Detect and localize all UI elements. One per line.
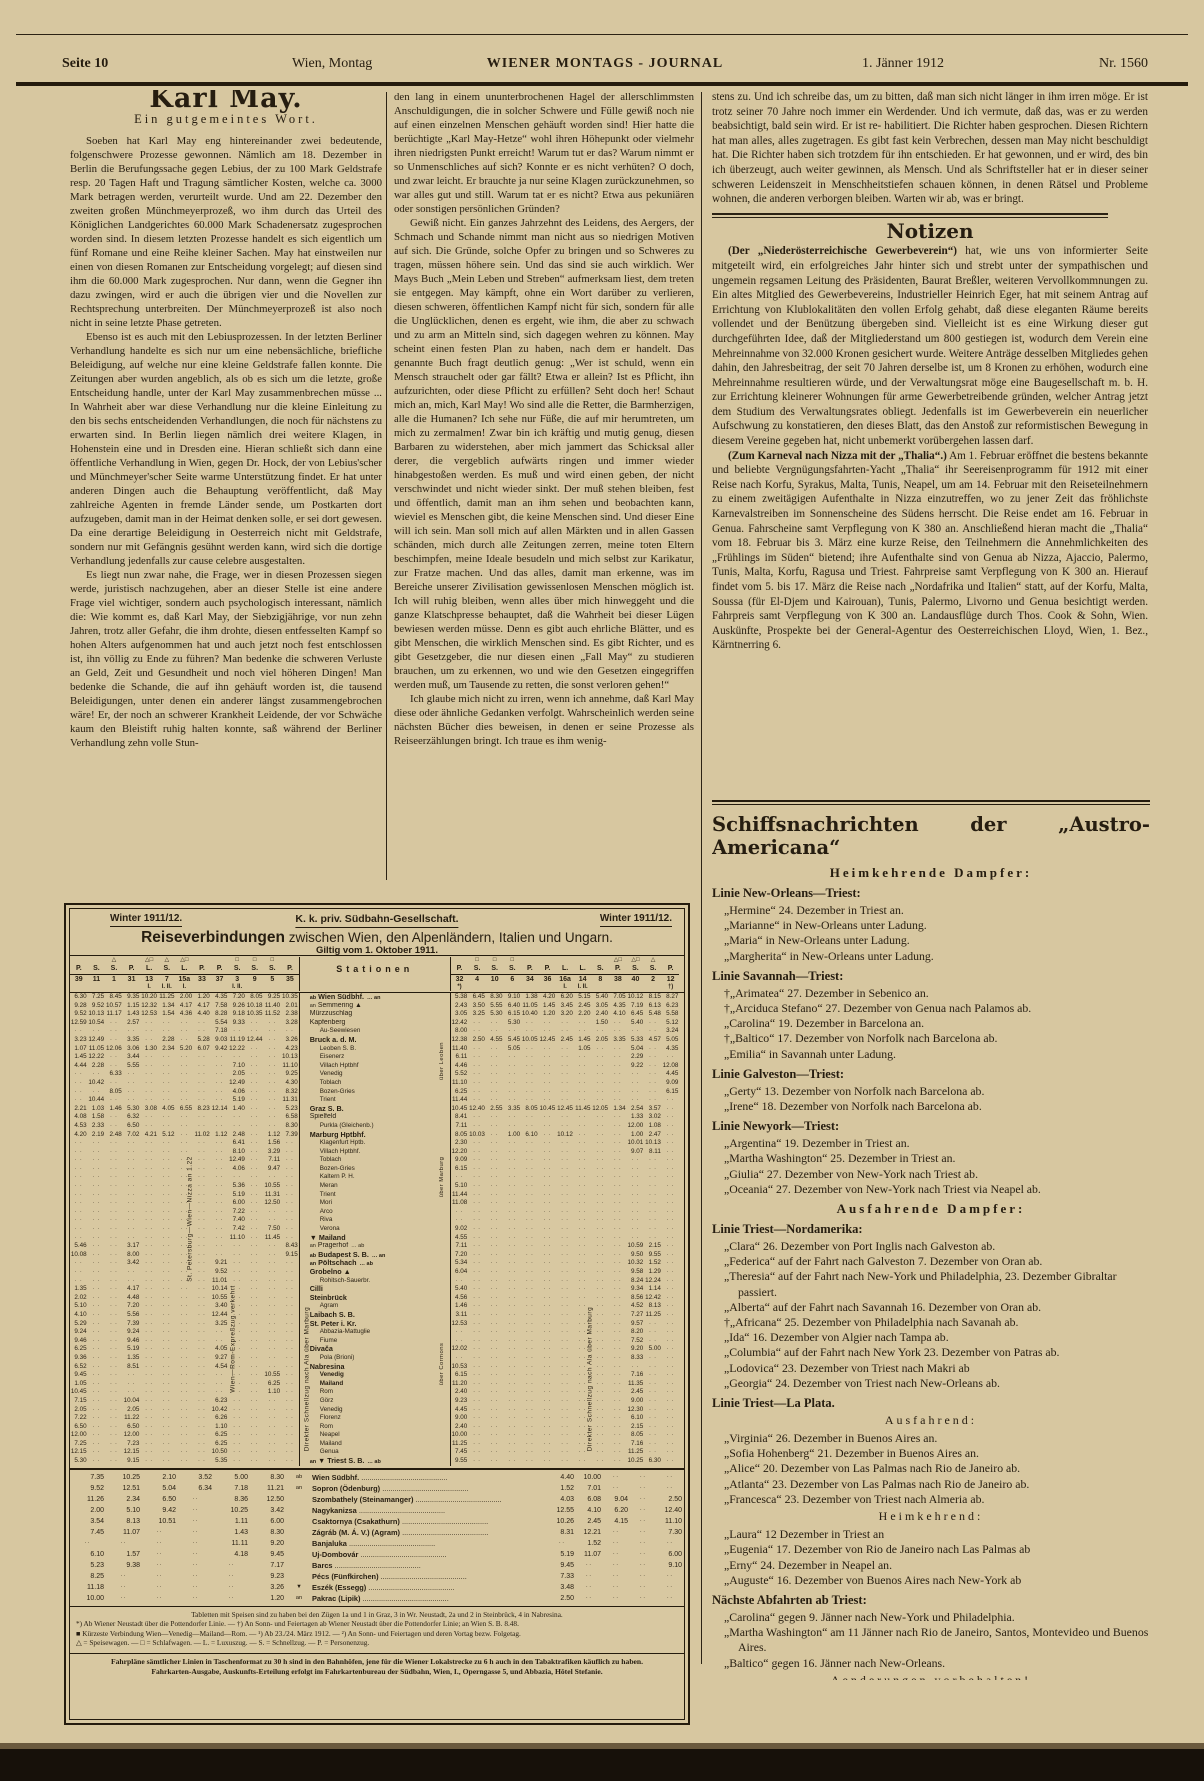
time-cell: · · bbox=[556, 1302, 574, 1311]
time-cell: 7.11 bbox=[451, 1122, 469, 1131]
time-cell: · · bbox=[105, 1259, 123, 1268]
time-cell: · · bbox=[264, 1070, 282, 1079]
time-cell: · · bbox=[246, 1251, 264, 1260]
time-cell: · · bbox=[539, 1363, 557, 1372]
time-cell: · · bbox=[468, 1019, 486, 1028]
time-cell: · · bbox=[228, 1242, 246, 1251]
time-cell: · · bbox=[556, 1380, 574, 1389]
time-cell: · · bbox=[504, 1225, 522, 1234]
time-cell: 12.22 bbox=[88, 1053, 106, 1062]
time-cell: 7.45 bbox=[451, 1448, 469, 1457]
time-cell: · · bbox=[574, 1053, 592, 1062]
time-cell: · · bbox=[468, 1294, 486, 1303]
time-cell: · · bbox=[486, 1440, 504, 1449]
time-cell: · · bbox=[609, 1328, 627, 1337]
time-cell: · · bbox=[521, 1165, 539, 1174]
time-cell: · · bbox=[176, 1345, 194, 1354]
time-cell: · · bbox=[591, 1182, 609, 1191]
time-cell: · · bbox=[591, 1131, 609, 1140]
time-cell: 7.18 bbox=[211, 1027, 229, 1036]
time-cell: · · bbox=[178, 1571, 214, 1582]
time-cell: · · bbox=[504, 1363, 522, 1372]
time-cell: 1.20 bbox=[193, 993, 211, 1002]
time-cell: 3.20 bbox=[556, 1010, 574, 1019]
time-cell: · · bbox=[281, 1457, 299, 1466]
time-cell: · · bbox=[105, 1096, 123, 1105]
time-cell: · · bbox=[140, 1259, 158, 1268]
time-cell: 5.30 bbox=[486, 1010, 504, 1019]
time-cell: · · bbox=[176, 1036, 194, 1045]
time-cell: 2.30 bbox=[451, 1139, 469, 1148]
time-cell: · · bbox=[574, 1139, 592, 1148]
time-cell: · · bbox=[609, 1234, 627, 1243]
time-cell: 7.40 bbox=[228, 1216, 246, 1225]
time-cell: · · bbox=[158, 1242, 176, 1251]
time-cell: · · bbox=[609, 1165, 627, 1174]
station-name: Mailand bbox=[299, 1440, 451, 1449]
time-cell: · · bbox=[158, 1027, 176, 1036]
time-cell: · · bbox=[105, 1062, 123, 1071]
time-cell: · · bbox=[176, 1414, 194, 1423]
train-col-head bbox=[539, 984, 557, 991]
time-cell: · · bbox=[662, 1191, 680, 1200]
time-cell: · · bbox=[521, 1113, 539, 1122]
time-cell: 8.23 bbox=[193, 1105, 211, 1114]
time-cell: · · bbox=[609, 1191, 627, 1200]
time-cell: 3.35 bbox=[609, 1036, 627, 1045]
time-cell: · · bbox=[521, 1225, 539, 1234]
time-cell: · · bbox=[591, 1148, 609, 1157]
station-name: Mailand bbox=[299, 1380, 451, 1389]
time-cell: · · bbox=[158, 1457, 176, 1466]
rotated-route-label: über Cormons bbox=[439, 1343, 445, 1386]
time-cell: · · bbox=[211, 1199, 229, 1208]
time-cell: 6.25 bbox=[264, 1380, 282, 1389]
time-cell: 7.27 bbox=[627, 1311, 645, 1320]
time-cell: · · bbox=[158, 1148, 176, 1157]
time-cell: 12.50 bbox=[250, 1494, 286, 1505]
time-cell: · · bbox=[504, 1302, 522, 1311]
time-cell: · · bbox=[486, 1088, 504, 1097]
time-cell: · · bbox=[591, 1354, 609, 1363]
time-cell: · · bbox=[158, 1440, 176, 1449]
time-cell: · · bbox=[264, 1113, 282, 1122]
issue-number: Nr. 1560 bbox=[1099, 56, 1148, 72]
time-cell: 1.57 bbox=[106, 1549, 142, 1560]
time-cell: · · bbox=[662, 1388, 680, 1397]
time-cell: · · bbox=[142, 1560, 178, 1571]
time-cell: · · bbox=[486, 1431, 504, 1440]
time-cell: · · bbox=[644, 1225, 662, 1234]
time-cell: · · bbox=[504, 1277, 522, 1286]
time-cell: · · bbox=[193, 1277, 211, 1286]
train-col-head bbox=[123, 957, 141, 964]
time-cell: · · bbox=[591, 1406, 609, 1415]
time-cell: · · bbox=[158, 1079, 176, 1088]
time-cell: · · bbox=[246, 1182, 264, 1191]
station-name: Spielfeld bbox=[299, 1113, 451, 1122]
time-cell: 10.55 bbox=[211, 1294, 229, 1303]
time-cell: · · bbox=[246, 1156, 264, 1165]
time-cell: · · bbox=[123, 1165, 141, 1174]
time-cell: · · bbox=[140, 1285, 158, 1294]
time-cell: · · bbox=[521, 1139, 539, 1148]
station-name: Arco bbox=[299, 1208, 451, 1217]
time-cell: 11.52 bbox=[264, 1010, 282, 1019]
time-cell: 4.10 bbox=[609, 1010, 627, 1019]
station-name: Rohitsch-Sauerbr. bbox=[299, 1277, 451, 1286]
time-cell: · · bbox=[176, 1320, 194, 1329]
time-cell: · · bbox=[281, 1208, 299, 1217]
train-col-head bbox=[504, 984, 522, 991]
time-cell: · · bbox=[504, 1414, 522, 1423]
time-cell: · · bbox=[468, 1440, 486, 1449]
time-cell: 7.33 bbox=[549, 1571, 576, 1582]
time-cell: · · bbox=[539, 1423, 557, 1432]
time-cell: · · bbox=[662, 1225, 680, 1234]
time-cell: · · bbox=[264, 1105, 282, 1114]
time-cell: · · bbox=[88, 1397, 106, 1406]
time-cell: · · bbox=[468, 1354, 486, 1363]
ship-item: „Francesca“ 23. Dezember von Triest nach… bbox=[712, 1492, 1150, 1507]
time-cell: 6.55 bbox=[176, 1105, 194, 1114]
time-cell: · · bbox=[576, 1582, 603, 1593]
timetable-row: · ·10.44· ·· ·· ·· ·· ·· ·· ·5.19· ·· ·1… bbox=[70, 1096, 684, 1105]
time-cell: · · bbox=[504, 1337, 522, 1346]
train-col-head: □ bbox=[228, 957, 246, 964]
time-cell: · · bbox=[504, 1122, 522, 1131]
time-cell: 2.45 bbox=[627, 1388, 645, 1397]
time-cell: 5.05 bbox=[504, 1045, 522, 1054]
time-cell: · · bbox=[228, 1406, 246, 1415]
time-cell: 6.07 bbox=[193, 1045, 211, 1054]
time-cell: · · bbox=[193, 1225, 211, 1234]
time-cell: · · bbox=[662, 1122, 680, 1131]
time-cell: · · bbox=[486, 1156, 504, 1165]
station-name: Fiume bbox=[299, 1337, 451, 1346]
time-cell: · · bbox=[70, 1165, 88, 1174]
time-cell: · · bbox=[176, 1294, 194, 1303]
timetable-valid-from: Giltig vom 1. Oktober 1911. bbox=[70, 945, 684, 956]
time-cell: 7.42 bbox=[228, 1225, 246, 1234]
time-cell: · · bbox=[451, 1277, 469, 1286]
time-cell: · · bbox=[630, 1582, 657, 1593]
train-col-head: △ bbox=[105, 957, 123, 964]
time-cell: 6.13 bbox=[644, 1002, 662, 1011]
time-cell: · · bbox=[176, 1139, 194, 1148]
time-cell: · · bbox=[486, 1423, 504, 1432]
time-cell: · · bbox=[193, 1345, 211, 1354]
time-cell: · · bbox=[556, 1251, 574, 1260]
time-cell: · · bbox=[468, 1311, 486, 1320]
time-cell: · · bbox=[603, 1549, 630, 1560]
time-cell: · · bbox=[193, 1019, 211, 1028]
time-cell: · · bbox=[264, 1328, 282, 1337]
time-cell: · · bbox=[123, 1225, 141, 1234]
time-cell: · · bbox=[591, 1242, 609, 1251]
station-name: abWien Südbhf.… an bbox=[299, 993, 451, 1002]
time-cell: · · bbox=[574, 1070, 592, 1079]
time-cell: · · bbox=[549, 1538, 576, 1549]
time-cell: · · bbox=[178, 1505, 214, 1516]
time-cell: 11.19 bbox=[228, 1036, 246, 1045]
time-cell: 9.52 bbox=[70, 1483, 106, 1494]
time-cell: 5.00 bbox=[644, 1345, 662, 1354]
time-cell: · · bbox=[662, 1423, 680, 1432]
time-cell: 2.21 bbox=[70, 1105, 88, 1114]
time-cell: · · bbox=[281, 1199, 299, 1208]
train-col-head: 16a bbox=[556, 974, 574, 984]
time-cell: · · bbox=[539, 1268, 557, 1277]
time-cell: 8.31 bbox=[549, 1527, 576, 1538]
time-cell: 2.54 bbox=[627, 1105, 645, 1114]
time-cell: · · bbox=[193, 1380, 211, 1389]
time-cell: 4.54 bbox=[211, 1363, 229, 1372]
time-cell: · · bbox=[140, 1234, 158, 1243]
shipping-line-heading: Linie Galveston—Triest: bbox=[712, 1067, 1150, 1082]
time-cell: · · bbox=[158, 1173, 176, 1182]
time-cell: · · bbox=[193, 1294, 211, 1303]
time-cell: · · bbox=[468, 1156, 486, 1165]
time-cell: 6.15 bbox=[504, 1010, 522, 1019]
time-cell: · · bbox=[627, 1088, 645, 1097]
time-cell: · · bbox=[468, 1045, 486, 1054]
time-cell: 8.13 bbox=[106, 1516, 142, 1527]
time-cell: · · bbox=[468, 1027, 486, 1036]
time-cell: 12.42 bbox=[644, 1294, 662, 1303]
time-cell: · · bbox=[504, 1070, 522, 1079]
time-cell: · · bbox=[105, 1320, 123, 1329]
time-cell: 3.28 bbox=[281, 1019, 299, 1028]
time-cell: 9.02 bbox=[451, 1225, 469, 1234]
time-cell: · · bbox=[158, 1320, 176, 1329]
time-cell: · · bbox=[246, 1414, 264, 1423]
article-paragraph: den lang in einem ununterbrochenen Hagel… bbox=[394, 90, 694, 216]
station-name: Kaltern P. H. bbox=[299, 1173, 451, 1182]
time-cell: 8.30 bbox=[250, 1472, 286, 1483]
time-cell: 8.05 bbox=[451, 1131, 469, 1140]
time-cell: 10.12 bbox=[556, 1131, 574, 1140]
railway-company: K. k. priv. Südbahn-Gesellschaft. bbox=[295, 913, 458, 928]
time-cell: 1.52 bbox=[644, 1259, 662, 1268]
time-cell: · · bbox=[486, 1182, 504, 1191]
ab-an-mark bbox=[523, 1538, 549, 1549]
time-cell: 3.25 bbox=[468, 1010, 486, 1019]
time-cell: 5.19 bbox=[549, 1549, 576, 1560]
time-cell: · · bbox=[609, 1302, 627, 1311]
station-name: Venedig bbox=[299, 1371, 451, 1380]
time-cell: 9.42 bbox=[211, 1045, 229, 1054]
ab-an-mark: … ab bbox=[360, 1261, 373, 1267]
time-cell: · · bbox=[281, 1440, 299, 1449]
time-cell: · · bbox=[158, 1371, 176, 1380]
time-cell: · · bbox=[486, 1354, 504, 1363]
time-cell: · · bbox=[662, 1440, 680, 1449]
time-cell: 5.56 bbox=[123, 1311, 141, 1320]
time-cell: 11.40 bbox=[264, 1002, 282, 1011]
time-cell: · · bbox=[140, 1414, 158, 1423]
shipping-subheading: Aenderungen vorbehalten! bbox=[712, 1673, 1150, 1680]
time-cell: · · bbox=[105, 1431, 123, 1440]
time-cell: 6.32 bbox=[123, 1113, 141, 1122]
time-cell: · · bbox=[556, 1208, 574, 1217]
time-cell: 1.34 bbox=[158, 1002, 176, 1011]
time-cell: · · bbox=[609, 1156, 627, 1165]
time-cell: 1.33 bbox=[627, 1113, 645, 1122]
time-cell: · · bbox=[539, 1019, 557, 1028]
time-cell: · · bbox=[591, 1311, 609, 1320]
time-cell: 1.58 bbox=[88, 1113, 106, 1122]
time-cell: · · bbox=[158, 1156, 176, 1165]
time-cell: · · bbox=[591, 1457, 609, 1466]
time-cell: · · bbox=[574, 1277, 592, 1286]
timetable-row: 12.5910.54· ·2.57· ·· ·· ·· ·5.549.33· ·… bbox=[70, 1019, 684, 1028]
time-cell: · · bbox=[603, 1582, 630, 1593]
time-cell: 12.05 bbox=[591, 1105, 609, 1114]
time-cell: · · bbox=[556, 1079, 574, 1088]
time-cell: · · bbox=[123, 1199, 141, 1208]
time-cell: 8.20 bbox=[627, 1328, 645, 1337]
time-cell: 9.04 bbox=[603, 1494, 630, 1505]
time-cell: · · bbox=[556, 1277, 574, 1286]
time-cell: 1.56 bbox=[264, 1139, 282, 1148]
time-cell: · · bbox=[105, 1285, 123, 1294]
time-cell: 9.09 bbox=[662, 1079, 680, 1088]
time-cell: 12.06 bbox=[105, 1045, 123, 1054]
time-cell: · · bbox=[662, 1371, 680, 1380]
time-cell: 2.05 bbox=[70, 1406, 88, 1415]
station-name: Agram bbox=[299, 1302, 451, 1311]
time-cell: · · bbox=[591, 1173, 609, 1182]
time-cell: · · bbox=[88, 1173, 106, 1182]
time-cell: 8.00 bbox=[451, 1027, 469, 1036]
time-cell: · · bbox=[627, 1156, 645, 1165]
article-column-2: den lang in einem ununterbrochenen Hagel… bbox=[394, 90, 694, 882]
time-cell: 4.56 bbox=[451, 1294, 469, 1303]
time-cell: 8.32 bbox=[281, 1088, 299, 1097]
station-name: Rom bbox=[299, 1423, 451, 1432]
time-cell: · · bbox=[178, 1527, 214, 1538]
time-cell: 2.48 bbox=[228, 1131, 246, 1140]
time-cell: · · bbox=[539, 1191, 557, 1200]
time-cell: · · bbox=[591, 1251, 609, 1260]
time-cell: 7.30 bbox=[657, 1527, 684, 1538]
time-cell: 6.50 bbox=[142, 1494, 178, 1505]
time-cell: · · bbox=[609, 1268, 627, 1277]
time-cell: · · bbox=[627, 1096, 645, 1105]
time-cell: · · bbox=[630, 1516, 657, 1527]
article-body-3: stens zu. Und ich schreibe das, um zu bi… bbox=[712, 90, 1148, 207]
time-cell: · · bbox=[281, 1414, 299, 1423]
time-cell: 6.15 bbox=[451, 1165, 469, 1174]
time-cell: · · bbox=[158, 1182, 176, 1191]
time-cell: 7.17 bbox=[250, 1560, 286, 1571]
time-cell: · · bbox=[264, 1019, 282, 1028]
time-cell: · · bbox=[468, 1113, 486, 1122]
ship-item: „Argentina“ 19. Dezember in Triest an. bbox=[712, 1136, 1150, 1151]
time-cell: 8.43 bbox=[281, 1242, 299, 1251]
time-cell: · · bbox=[140, 1302, 158, 1311]
station-name: Riva bbox=[299, 1216, 451, 1225]
ship-item: „Irene“ 18. Dezember von Norfolk nach Ba… bbox=[712, 1099, 1150, 1114]
time-cell: · · bbox=[281, 1431, 299, 1440]
time-cell: · · bbox=[264, 1448, 282, 1457]
timetable-row: · ·· ·· ·· ·· ·· ·· ·· ·9.52· ·· ·· ·· ·… bbox=[70, 1268, 684, 1277]
time-cell: · · bbox=[657, 1483, 684, 1494]
time-cell: · · bbox=[504, 1096, 522, 1105]
ab-an-mark: ab bbox=[310, 1253, 316, 1259]
time-cell: · · bbox=[539, 1457, 557, 1466]
time-cell: · · bbox=[539, 1216, 557, 1225]
time-cell: 5.45 bbox=[504, 1036, 522, 1045]
train-col-head: 33 bbox=[193, 974, 211, 984]
time-cell: · · bbox=[105, 1139, 123, 1148]
time-cell: · · bbox=[662, 1234, 680, 1243]
time-cell: · · bbox=[609, 1457, 627, 1466]
train-col-head bbox=[644, 984, 662, 991]
time-cell: · · bbox=[504, 1397, 522, 1406]
time-cell: 5.30 bbox=[504, 1019, 522, 1028]
time-cell: · · bbox=[556, 1096, 574, 1105]
ship-item: „Alberta“ auf der Fahrt nach Savannah 16… bbox=[712, 1300, 1150, 1315]
shipping-subheading: Ausfahrende Dampfer: bbox=[712, 1201, 1150, 1217]
station-name: Rom bbox=[299, 1388, 451, 1397]
time-cell: · · bbox=[451, 1354, 469, 1363]
station-name: Trient bbox=[299, 1191, 451, 1200]
time-cell: · · bbox=[176, 1122, 194, 1131]
time-cell: · · bbox=[140, 1070, 158, 1079]
time-cell: · · bbox=[70, 1173, 88, 1182]
time-cell: · · bbox=[228, 1448, 246, 1457]
timetable-row: 9.289.5210.571.1512.321.344.174.177.589.… bbox=[70, 1002, 684, 1011]
time-cell: · · bbox=[486, 1113, 504, 1122]
time-cell: 8.33 bbox=[627, 1354, 645, 1363]
time-cell: · · bbox=[644, 1380, 662, 1389]
ship-item: „Gerty“ 13. Dezember von Norfolk nach Ba… bbox=[712, 1084, 1150, 1099]
time-cell: · · bbox=[264, 1122, 282, 1131]
time-cell: · · bbox=[281, 1191, 299, 1200]
time-cell: 9.50 bbox=[627, 1251, 645, 1260]
time-cell: · · bbox=[281, 1380, 299, 1389]
time-cell: 2.00 bbox=[70, 1505, 106, 1516]
time-cell: · · bbox=[88, 1311, 106, 1320]
timetable-note: △ = Speisewagen. — □ = Schlafwagen. — L.… bbox=[76, 1638, 678, 1648]
time-cell: · · bbox=[539, 1045, 557, 1054]
time-cell: 1.10 bbox=[211, 1423, 229, 1432]
time-cell: 10.26 bbox=[549, 1516, 576, 1527]
time-cell: · · bbox=[603, 1571, 630, 1582]
time-cell: · · bbox=[539, 1156, 557, 1165]
time-cell: 3.40 bbox=[211, 1302, 229, 1311]
time-cell: · · bbox=[539, 1199, 557, 1208]
time-cell: · · bbox=[609, 1173, 627, 1182]
ab-an-mark bbox=[523, 1593, 549, 1604]
time-cell: 8.27 bbox=[662, 993, 680, 1002]
time-cell: · · bbox=[468, 1337, 486, 1346]
station-name: Bozen-Gries bbox=[299, 1088, 451, 1097]
ship-item: „Atlanta“ 23. Dezember von Las Palmas na… bbox=[712, 1477, 1150, 1492]
time-cell: · · bbox=[521, 1148, 539, 1157]
train-col-head bbox=[264, 984, 282, 991]
time-cell: 10.03 bbox=[468, 1131, 486, 1140]
time-cell: 4.15 bbox=[603, 1516, 630, 1527]
time-cell: · · bbox=[468, 1371, 486, 1380]
time-cell: · · bbox=[468, 1251, 486, 1260]
train-col-head: 10 bbox=[486, 974, 504, 984]
time-cell: · · bbox=[140, 1062, 158, 1071]
time-cell: · · bbox=[70, 1088, 88, 1097]
timetable-bottom-row: 9.5212.515.046.347.1811.21anSopron (Öden… bbox=[70, 1483, 684, 1494]
